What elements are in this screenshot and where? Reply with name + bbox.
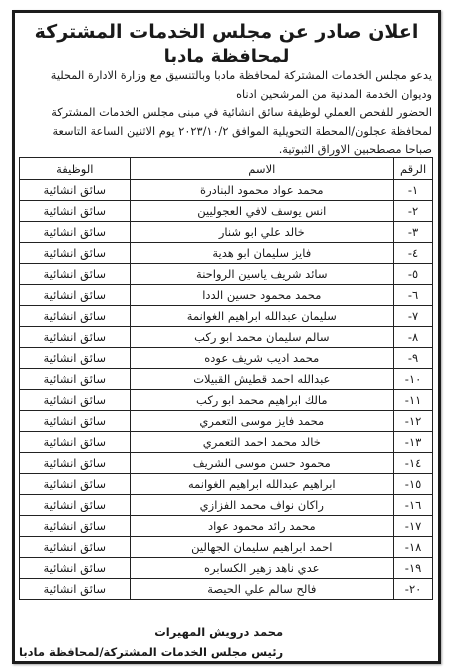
table-row: ٢-انس يوسف لافي العجوليينسائق انشائية bbox=[20, 201, 433, 222]
cell-number: ٤- bbox=[394, 243, 433, 264]
cell-job: سائق انشائية bbox=[20, 327, 131, 348]
cell-number: ١٠- bbox=[394, 369, 433, 390]
cell-job: سائق انشائية bbox=[20, 453, 131, 474]
cell-number: ٥- bbox=[394, 264, 433, 285]
announcement-subtitle: لمحافظة مادبا bbox=[15, 46, 438, 68]
signature-block: محمد درويش المهيرات رئيس مجلس الخدمات ال… bbox=[19, 622, 283, 662]
cell-number: ٧- bbox=[394, 306, 433, 327]
table-row: ١١-مالك ابراهيم محمد ابو ركبسائق انشائية bbox=[20, 390, 433, 411]
signatory-position: رئيس مجلس الخدمات المشتركة/لمحافظة مادبا bbox=[19, 642, 283, 662]
cell-name: سائد شريف ياسين الرواحنة bbox=[130, 264, 394, 285]
cell-job: سائق انشائية bbox=[20, 201, 131, 222]
cell-job: سائق انشائية bbox=[20, 432, 131, 453]
cell-name: مالك ابراهيم محمد ابو ركب bbox=[130, 390, 394, 411]
cell-number: ٩- bbox=[394, 348, 433, 369]
cell-name: محمد فايز موسى التعمري bbox=[130, 411, 394, 432]
cell-job: سائق انشائية bbox=[20, 264, 131, 285]
cell-job: سائق انشائية bbox=[20, 537, 131, 558]
cell-number: ١٨- bbox=[394, 537, 433, 558]
cell-name: عدي ناهد زهير الكسابره bbox=[130, 558, 394, 579]
header-number: الرقم bbox=[394, 158, 433, 180]
cell-name: محمد رائد محمود عواد bbox=[130, 516, 394, 537]
body-line: الحضور للفحص العملي لوظيفة سائق انشائية … bbox=[21, 104, 432, 123]
cell-number: ٢- bbox=[394, 201, 433, 222]
cell-name: راكان نواف محمد الفزازي bbox=[130, 495, 394, 516]
cell-job: سائق انشائية bbox=[20, 285, 131, 306]
cell-number: ١٤- bbox=[394, 453, 433, 474]
table-row: ١٥-ابراهيم عبدالله ابراهيم الغوانمهسائق … bbox=[20, 474, 433, 495]
table-row: ١٤-محمود حسن موسى الشريفسائق انشائية bbox=[20, 453, 433, 474]
body-line: لمحافظة عجلون/المحطة التحويلية الموافق ٢… bbox=[21, 123, 432, 142]
table-row: ١٠-عبدالله احمد قطيش القبيلاتسائق انشائي… bbox=[20, 369, 433, 390]
cell-job: سائق انشائية bbox=[20, 474, 131, 495]
table-row: ٤-فايز سليمان ابو هديةسائق انشائية bbox=[20, 243, 433, 264]
table-row: ١-محمد عواد محمود البنادرةسائق انشائية bbox=[20, 180, 433, 201]
cell-number: ١١- bbox=[394, 390, 433, 411]
cell-name: ابراهيم عبدالله ابراهيم الغوانمه bbox=[130, 474, 394, 495]
table-row: ٩-محمد اديب شريف عودهسائق انشائية bbox=[20, 348, 433, 369]
cell-number: ٣- bbox=[394, 222, 433, 243]
candidates-table: الرقم الاسم الوظيفة ١-محمد عواد محمود ال… bbox=[19, 157, 433, 600]
cell-name: محمود حسن موسى الشريف bbox=[130, 453, 394, 474]
cell-name: خالد محمد احمد التعمري bbox=[130, 432, 394, 453]
cell-number: ٦- bbox=[394, 285, 433, 306]
table-row: ١٦-راكان نواف محمد الفزازيسائق انشائية bbox=[20, 495, 433, 516]
announcement-frame: اعلان صادر عن مجلس الخدمات المشتركة لمحا… bbox=[12, 10, 441, 664]
cell-number: ١- bbox=[394, 180, 433, 201]
cell-job: سائق انشائية bbox=[20, 369, 131, 390]
cell-job: سائق انشائية bbox=[20, 180, 131, 201]
cell-number: ١٢- bbox=[394, 411, 433, 432]
header-name: الاسم bbox=[130, 158, 394, 180]
table-row: ١٧-محمد رائد محمود عوادسائق انشائية bbox=[20, 516, 433, 537]
table-row: ٨-سالم سليمان محمد ابو ركبسائق انشائية bbox=[20, 327, 433, 348]
cell-number: ١٦- bbox=[394, 495, 433, 516]
cell-name: محمد محمود حسين الددا bbox=[130, 285, 394, 306]
cell-name: محمد اديب شريف عوده bbox=[130, 348, 394, 369]
cell-name: سليمان عبدالله ابراهيم الغوانمة bbox=[130, 306, 394, 327]
table-body: ١-محمد عواد محمود البنادرةسائق انشائية٢-… bbox=[20, 180, 433, 600]
cell-job: سائق انشائية bbox=[20, 306, 131, 327]
cell-job: سائق انشائية bbox=[20, 411, 131, 432]
cell-name: فايز سليمان ابو هدية bbox=[130, 243, 394, 264]
cell-job: سائق انشائية bbox=[20, 222, 131, 243]
cell-number: ١٣- bbox=[394, 432, 433, 453]
cell-name: خالد علي ابو شنار bbox=[130, 222, 394, 243]
table-row: ٣-خالد علي ابو شنارسائق انشائية bbox=[20, 222, 433, 243]
cell-name: احمد ابراهيم سليمان الجهالين bbox=[130, 537, 394, 558]
body-line: وديوان الخدمة المدنية من المرشحين ادناه bbox=[21, 86, 432, 105]
cell-name: انس يوسف لافي العجوليين bbox=[130, 201, 394, 222]
table-row: ١٨-احمد ابراهيم سليمان الجهالينسائق انشا… bbox=[20, 537, 433, 558]
body-line: يدعو مجلس الخدمات المشتركة لمحافظة مادبا… bbox=[21, 67, 432, 86]
signatory-name: محمد درويش المهيرات bbox=[19, 622, 283, 642]
cell-job: سائق انشائية bbox=[20, 558, 131, 579]
cell-job: سائق انشائية bbox=[20, 516, 131, 537]
cell-job: سائق انشائية bbox=[20, 243, 131, 264]
table-row: ١٩-عدي ناهد زهير الكسابرهسائق انشائية bbox=[20, 558, 433, 579]
cell-name: عبدالله احمد قطيش القبيلات bbox=[130, 369, 394, 390]
table-row: ٢٠-فالح سالم علي الحيصةسائق انشائية bbox=[20, 579, 433, 600]
cell-number: ١٩- bbox=[394, 558, 433, 579]
table-row: ١٢-محمد فايز موسى التعمريسائق انشائية bbox=[20, 411, 433, 432]
cell-number: ٢٠- bbox=[394, 579, 433, 600]
table-row: ١٣-خالد محمد احمد التعمريسائق انشائية bbox=[20, 432, 433, 453]
announcement-title: اعلان صادر عن مجلس الخدمات المشتركة bbox=[15, 20, 438, 44]
table-row: ٧-سليمان عبدالله ابراهيم الغوانمةسائق ان… bbox=[20, 306, 433, 327]
cell-name: فالح سالم علي الحيصة bbox=[130, 579, 394, 600]
cell-number: ١٥- bbox=[394, 474, 433, 495]
announcement-body: يدعو مجلس الخدمات المشتركة لمحافظة مادبا… bbox=[21, 67, 432, 160]
header-job: الوظيفة bbox=[20, 158, 131, 180]
cell-name: محمد عواد محمود البنادرة bbox=[130, 180, 394, 201]
table-row: ٦-محمد محمود حسين الدداسائق انشائية bbox=[20, 285, 433, 306]
cell-job: سائق انشائية bbox=[20, 495, 131, 516]
table-header-row: الرقم الاسم الوظيفة bbox=[20, 158, 433, 180]
cell-job: سائق انشائية bbox=[20, 348, 131, 369]
table-row: ٥-سائد شريف ياسين الرواحنةسائق انشائية bbox=[20, 264, 433, 285]
cell-job: سائق انشائية bbox=[20, 579, 131, 600]
cell-job: سائق انشائية bbox=[20, 390, 131, 411]
cell-number: ١٧- bbox=[394, 516, 433, 537]
cell-name: سالم سليمان محمد ابو ركب bbox=[130, 327, 394, 348]
cell-number: ٨- bbox=[394, 327, 433, 348]
